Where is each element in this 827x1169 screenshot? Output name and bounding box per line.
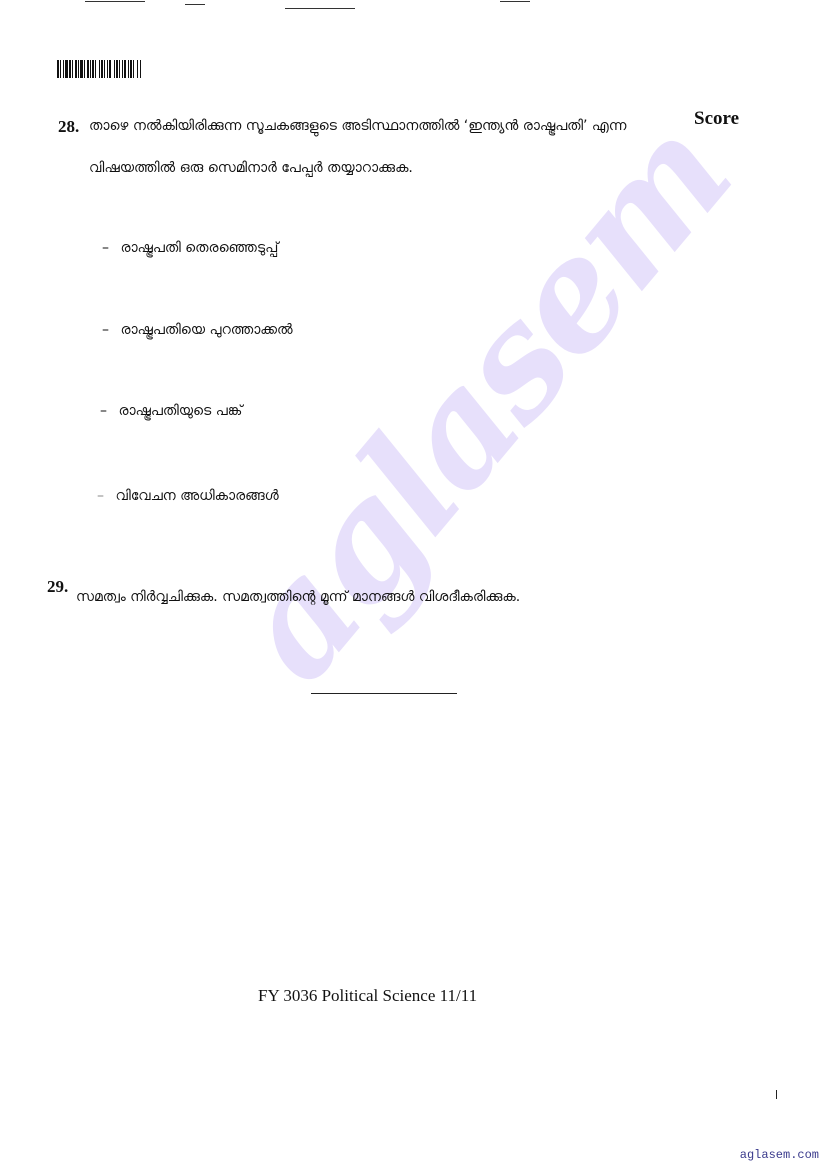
list-item: – രാഷ്ട്രപതിയെ പുറത്താക്കൽ — [102, 322, 293, 338]
list-item-text: രാഷ്ട്രപതിയുടെ പങ്ക് — [118, 403, 242, 419]
bullet-marker: – — [102, 240, 116, 256]
page-footer: FY 3036 Political Science 11/11 — [258, 986, 477, 1006]
bullet-marker: – — [102, 322, 116, 338]
score-label: Score — [694, 108, 739, 130]
list-item: – വിവേചന അധികാരങ്ങൾ — [97, 488, 279, 504]
question-number: 28. — [58, 117, 79, 137]
list-item-text: രാഷ്ട്രപതി തെരഞ്ഞെടുപ്പ് — [120, 240, 278, 256]
barcode-icon — [57, 60, 181, 78]
scan-artifact — [85, 1, 145, 2]
bullet-marker: – — [97, 488, 111, 504]
question-text: താഴെ നൽകിയിരിക്കുന്ന സൂചകങ്ങളുടെ അടിസ്ഥാ… — [89, 118, 626, 134]
question-text: സമത്വം നിർവ്വചിക്കുക. സമത്വത്തിന്റെ മൂന്… — [76, 589, 520, 605]
question-number: 29. — [47, 577, 68, 597]
scan-artifact — [776, 1090, 777, 1099]
list-item: – രാഷ്ട്രപതിയുടെ പങ്ക് — [100, 403, 242, 419]
list-item: – രാഷ്ട്രപതി തെരഞ്ഞെടുപ്പ് — [102, 240, 278, 256]
list-item-text: വിവേചന അധികാരങ്ങൾ — [115, 488, 278, 504]
site-credit: aglasem.com — [740, 1148, 819, 1162]
question-text: വിഷയത്തിൽ ഒരു സെമിനാർ പേപ്പർ തയ്യാറാക്കു… — [89, 160, 413, 176]
scan-artifact — [285, 8, 355, 9]
end-divider — [311, 693, 457, 694]
list-item-text: രാഷ്ട്രപതിയെ പുറത്താക്കൽ — [120, 322, 292, 338]
bullet-marker: – — [100, 403, 114, 419]
scan-artifact — [185, 4, 205, 5]
scan-artifact — [500, 1, 530, 2]
watermark: aglasem — [200, 89, 763, 713]
